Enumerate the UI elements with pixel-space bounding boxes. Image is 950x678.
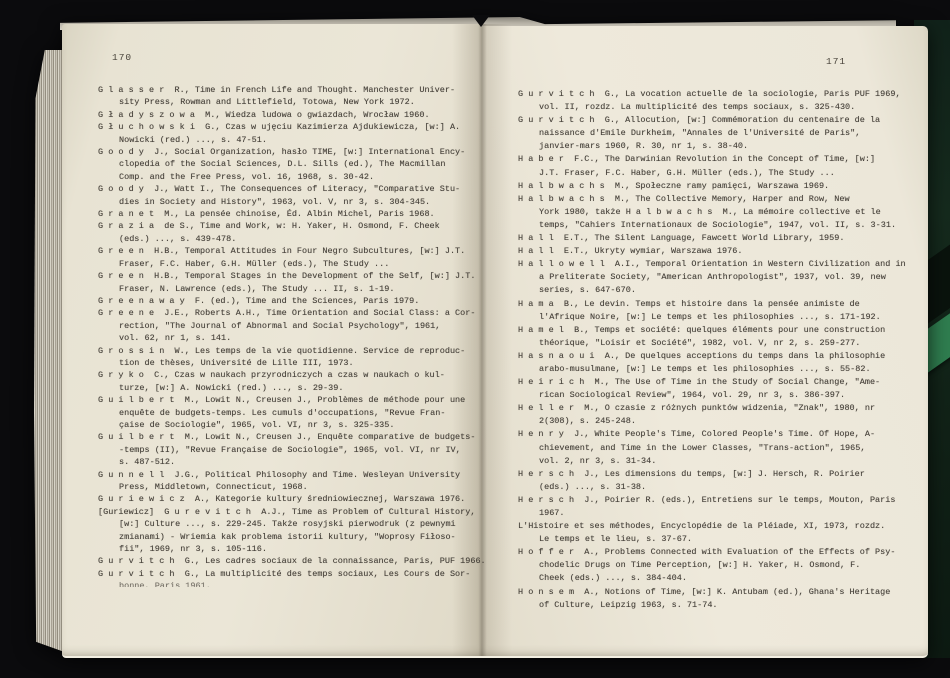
bib-entry: H e i r i c h M., The Use of Time in the… (518, 376, 910, 402)
bib-entry-line: G u r i e w i c z A., Kategorie kultury … (98, 493, 472, 505)
bib-entry-line: rican Sociological Review", 1964, vol. 2… (518, 389, 910, 402)
bib-entry: H a l l E.T., The Silent Language, Fawce… (518, 232, 910, 245)
bib-entry-line: arabo-musulmane, [w:] Le temps et les ph… (518, 363, 910, 376)
bib-entry: G u r i e w i c z A., Kategorie kultury … (98, 493, 472, 505)
bib-entry-line: -temps (II), "Revue Française de Sociolo… (98, 444, 472, 456)
bib-entry-line: H e r s c h J., Les dimensions du temps,… (518, 468, 910, 481)
bib-entry-line: Comp. and the Free Press, vol. 16, 1968,… (98, 171, 472, 183)
bib-entry: H e r s c h J., Poirier R. (eds.), Entre… (518, 494, 910, 520)
bib-entry: H a l b w a c h s M., The Collective Mem… (518, 193, 910, 232)
page-number-right: 171 (826, 56, 846, 67)
bib-entry-line: Fraser, N. Lawrence (eds.), The Study ..… (98, 283, 472, 295)
bib-entry-line: H o n s e m A., Notions of Time, [w:] K.… (518, 586, 910, 599)
page-number-left: 170 (112, 52, 132, 63)
bib-entry-line: G o o d y J., Social Organization, hasło… (98, 146, 472, 158)
bib-entry-line: naissance d'Emile Durkheim, "Annales de … (518, 127, 910, 140)
bib-entry-line: York 1980, także H a l b w a c h s M., L… (518, 206, 910, 219)
bib-entry-line: G u i l b e r t M., Lowit N., Creusen J.… (98, 394, 472, 406)
bib-entry-line: temps, "Cahiers Internationaux de Sociol… (518, 219, 910, 232)
bib-entry-line: G u i l b e r t M., Lowit N., Creusen J.… (98, 431, 472, 443)
bib-entry-line: chodelic Drugs on Time Perception, [w:] … (518, 559, 910, 572)
right-page-entries: G u r v i t c h G., La vocation actuelle… (518, 88, 910, 612)
bib-entry-line: H a s n a o u i A., De quelques acceptio… (518, 350, 910, 363)
bib-entry-line: G u r v i t c h G., Les cadres sociaux d… (98, 555, 472, 567)
bib-entry-line: G r e e n H.B., Temporal Attitudes in Fo… (98, 245, 472, 257)
bib-entry: G u r v i t c h G., La multiplicité des … (98, 568, 472, 587)
bib-entry: H e l l e r M., O czasie z różnych punkt… (518, 402, 910, 428)
bib-entry-line: H a b e r F.C., The Darwinian Revolution… (518, 153, 910, 166)
bib-entry-line: Nowicki (red.) ..., s. 47-51. (98, 134, 472, 146)
photo-background: 170 171 G l a s s e r R., Time in French… (0, 0, 950, 678)
bib-entry-line: L'Histoire et ses méthodes, Encyclopédie… (518, 520, 910, 533)
bib-entry-line: 1967. (518, 507, 910, 520)
bib-entry: G r a n e t M., La pensée chinoise, Éd. … (98, 208, 472, 220)
bib-entry-line: H e i r i c h M., The Use of Time in the… (518, 376, 910, 389)
bib-entry-line: vol. 62, nr 1, s. 141. (98, 332, 472, 344)
bib-entry-line: G ł u c h o w s k i G., Czas w ujęciu Ka… (98, 121, 472, 133)
bib-entry: G u r v i t c h G., Les cadres sociaux d… (98, 555, 472, 567)
bib-entry: G r e e n H.B., Temporal Attitudes in Fo… (98, 245, 472, 270)
bib-entry: G u r v i t c h G., La vocation actuelle… (518, 88, 910, 114)
bib-entry-line: H a l l o w e l l A.I., Temporal Orienta… (518, 258, 910, 271)
bib-entry-line: G o o d y J., Watt I., The Consequences … (98, 183, 472, 195)
bib-entry-line: vol. II, rozdz. La multiplicité des temp… (518, 101, 910, 114)
bib-entry-line: s. 487-512. (98, 456, 472, 468)
bib-entry: G r y k o C., Czas w naukach przyrodnicz… (98, 369, 472, 394)
bib-entry-line: chievement, and Time in the Lower Classe… (518, 442, 910, 455)
bib-entry-line: Press, Middletown, Connecticut, 1968. (98, 481, 472, 493)
bib-entry-line: G u r v i t c h G., Allocution, [w:] Com… (518, 114, 910, 127)
bib-entry: H a b e r F.C., The Darwinian Revolution… (518, 153, 910, 179)
bib-entry-line: series, s. 647-670. (518, 284, 910, 297)
bib-entry: G u r v i t c h G., Allocution, [w:] Com… (518, 114, 910, 153)
bib-entry-line: G r y k o C., Czas w naukach przyrodnicz… (98, 369, 472, 381)
bib-entry: H a l l E.T., Ukryty wymiar, Warszawa 19… (518, 245, 910, 258)
bib-entry-line: tion de thèses, Université de Lille III,… (98, 357, 472, 369)
bib-entry-line: of Culture, Leipzig 1963, s. 71-74. (518, 599, 910, 612)
bib-entry-line: çaise de Sociologie", 1965, vol. VI, nr … (98, 419, 472, 431)
bib-entry: G ł a d y s z o w a M., Wiedza ludowa o … (98, 109, 472, 121)
bib-entry-line: G ł a d y s z o w a M., Wiedza ludowa o … (98, 109, 472, 121)
bib-entry-line: [w:] Culture ..., s. 229-245. Także rosy… (98, 518, 472, 530)
bib-entry: H a m e l B., Temps et société: quelques… (518, 324, 910, 350)
bib-entry: H e n r y J., White People's Time, Color… (518, 428, 910, 467)
bib-entry-line: clopedia of the Social Sciences, D.L. Si… (98, 158, 472, 170)
bib-entry-line: G r a z i a de S., Time and Work, w: H. … (98, 220, 472, 232)
bib-entry: H a m a B., Le devin. Temps et histoire … (518, 298, 910, 324)
bib-entry-line: H a l b w a c h s M., The Collective Mem… (518, 193, 910, 206)
bib-entry: G ł u c h o w s k i G., Czas w ujęciu Ka… (98, 121, 472, 146)
bib-entry-line: H e l l e r M., O czasie z różnych punkt… (518, 402, 910, 415)
bib-entry-line: H a l l E.T., The Silent Language, Fawce… (518, 232, 910, 245)
bib-entry-line: G r e e n a w a y F. (ed.), Time and the… (98, 295, 472, 307)
bib-entry-line: H a l l E.T., Ukryty wymiar, Warszawa 19… (518, 245, 910, 258)
bib-entry: G u i l b e r t M., Lowit N., Creusen J.… (98, 431, 472, 468)
bib-entry: G u n n e l l J.G., Political Philosophy… (98, 469, 472, 494)
bib-entry-line: H e r s c h J., Poirier R. (eds.), Entre… (518, 494, 910, 507)
bib-entry-line: G r e e n H.B., Temporal Stages in the D… (98, 270, 472, 282)
bib-entry-line: [Guriewicz] G u r e v i t c h A.J., Time… (98, 506, 472, 518)
left-page-entries: G l a s s e r R., Time in French Life an… (98, 84, 472, 587)
bib-entry: G o o d y J., Social Organization, hasło… (98, 146, 472, 183)
bib-entry-line: G u r v i t c h G., La multiplicité des … (98, 568, 472, 580)
bib-entry: L'Histoire et ses méthodes, Encyclopédie… (518, 520, 910, 546)
bib-entry-line: H a m e l B., Temps et société: quelques… (518, 324, 910, 337)
bib-entry: H o f f e r A., Problems Connected with … (518, 546, 910, 585)
bib-entry-line: fii", 1969, nr 3, s. 105-116. (98, 543, 472, 555)
bib-entry: H a l l o w e l l A.I., Temporal Orienta… (518, 258, 910, 297)
bib-entry-line: 2(308), s. 245-248. (518, 415, 910, 428)
bib-entry-line: H o f f e r A., Problems Connected with … (518, 546, 910, 559)
bib-entry: H a s n a o u i A., De quelques acceptio… (518, 350, 910, 376)
bib-entry-line: vol. 2, nr 3, s. 31-34. (518, 455, 910, 468)
bib-entry: G r e e n H.B., Temporal Stages in the D… (98, 270, 472, 295)
bib-entry-line: zmianami) - Wriemia kak problema istorii… (98, 531, 472, 543)
bib-entry-line: H e n r y J., White People's Time, Color… (518, 428, 910, 441)
bib-entry-line: G r e e n e J.E., Roberts A.H., Time Ori… (98, 307, 472, 319)
bib-entry-line: (eds.) ..., s. 31-38. (518, 481, 910, 494)
bib-entry-line: Cheek (eds.) ..., s. 384-404. (518, 572, 910, 585)
bib-entry-line: a Preliterate Society, "American Anthrop… (518, 271, 910, 284)
bib-entry-line: rection, "The Journal of Abnormal and So… (98, 320, 472, 332)
bib-entry: G r e e n e J.E., Roberts A.H., Time Ori… (98, 307, 472, 344)
bib-entry: G r a z i a de S., Time and Work, w: H. … (98, 220, 472, 245)
bib-entry-line: enquête de budgets-temps. Les cumuls d'o… (98, 407, 472, 419)
bib-entry-line: J.T. Fraser, F.C. Haber, G.H. Müller (ed… (518, 167, 910, 180)
bib-entry-line: H a l b w a c h s M., Społeczne ramy pam… (518, 180, 910, 193)
bib-entry: H o n s e m A., Notions of Time, [w:] K.… (518, 586, 910, 612)
bib-entry: G u i l b e r t M., Lowit N., Creusen J.… (98, 394, 472, 431)
bib-entry: G r e e n a w a y F. (ed.), Time and the… (98, 295, 472, 307)
bib-entry-line: dies in Society and History", 1963, vol.… (98, 196, 472, 208)
bib-entry-line: théorique, "Loisir et Société", 1982, vo… (518, 337, 910, 350)
bib-entry-line: bonne, Paris 1961. (98, 580, 472, 587)
bib-entry-line: Le temps et le lieu, s. 37-67. (518, 533, 910, 546)
bib-entry: G l a s s e r R., Time in French Life an… (98, 84, 472, 109)
bib-entry-line: sity Press, Rowman and Littlefield, Toto… (98, 96, 472, 108)
bib-entry: G r o s s i n W., Les temps de la vie qu… (98, 345, 472, 370)
bib-entry-line: janvier-mars 1960, R. 30, nr 1, s. 38-40… (518, 140, 910, 153)
open-book: 170 171 G l a s s e r R., Time in French… (34, 16, 928, 658)
bib-entry-line: G r o s s i n W., Les temps de la vie qu… (98, 345, 472, 357)
bib-entry-line: Fraser, F.C. Haber, G.H. Müller (eds.), … (98, 258, 472, 270)
bib-entry: H a l b w a c h s M., Społeczne ramy pam… (518, 180, 910, 193)
bib-entry: G o o d y J., Watt I., The Consequences … (98, 183, 472, 208)
bib-entry-line: (eds.) ..., s. 439-478. (98, 233, 472, 245)
bib-entry-line: G l a s s e r R., Time in French Life an… (98, 84, 472, 96)
gutter-top-notch (472, 15, 490, 27)
bib-entry: [Guriewicz] G u r e v i t c h A.J., Time… (98, 506, 472, 556)
bib-entry-line: H a m a B., Le devin. Temps et histoire … (518, 298, 910, 311)
bib-entry-line: turze, [w:] A. Nowicki (red.) ..., s. 29… (98, 382, 472, 394)
bib-entry-line: G r a n e t M., La pensée chinoise, Éd. … (98, 208, 472, 220)
bib-entry-line: G u r v i t c h G., La vocation actuelle… (518, 88, 910, 101)
bib-entry: H e r s c h J., Les dimensions du temps,… (518, 468, 910, 494)
bib-entry-line: G u n n e l l J.G., Political Philosophy… (98, 469, 472, 481)
bib-entry-line: l'Afrique Noire, [w:] Le temps et les ph… (518, 311, 910, 324)
